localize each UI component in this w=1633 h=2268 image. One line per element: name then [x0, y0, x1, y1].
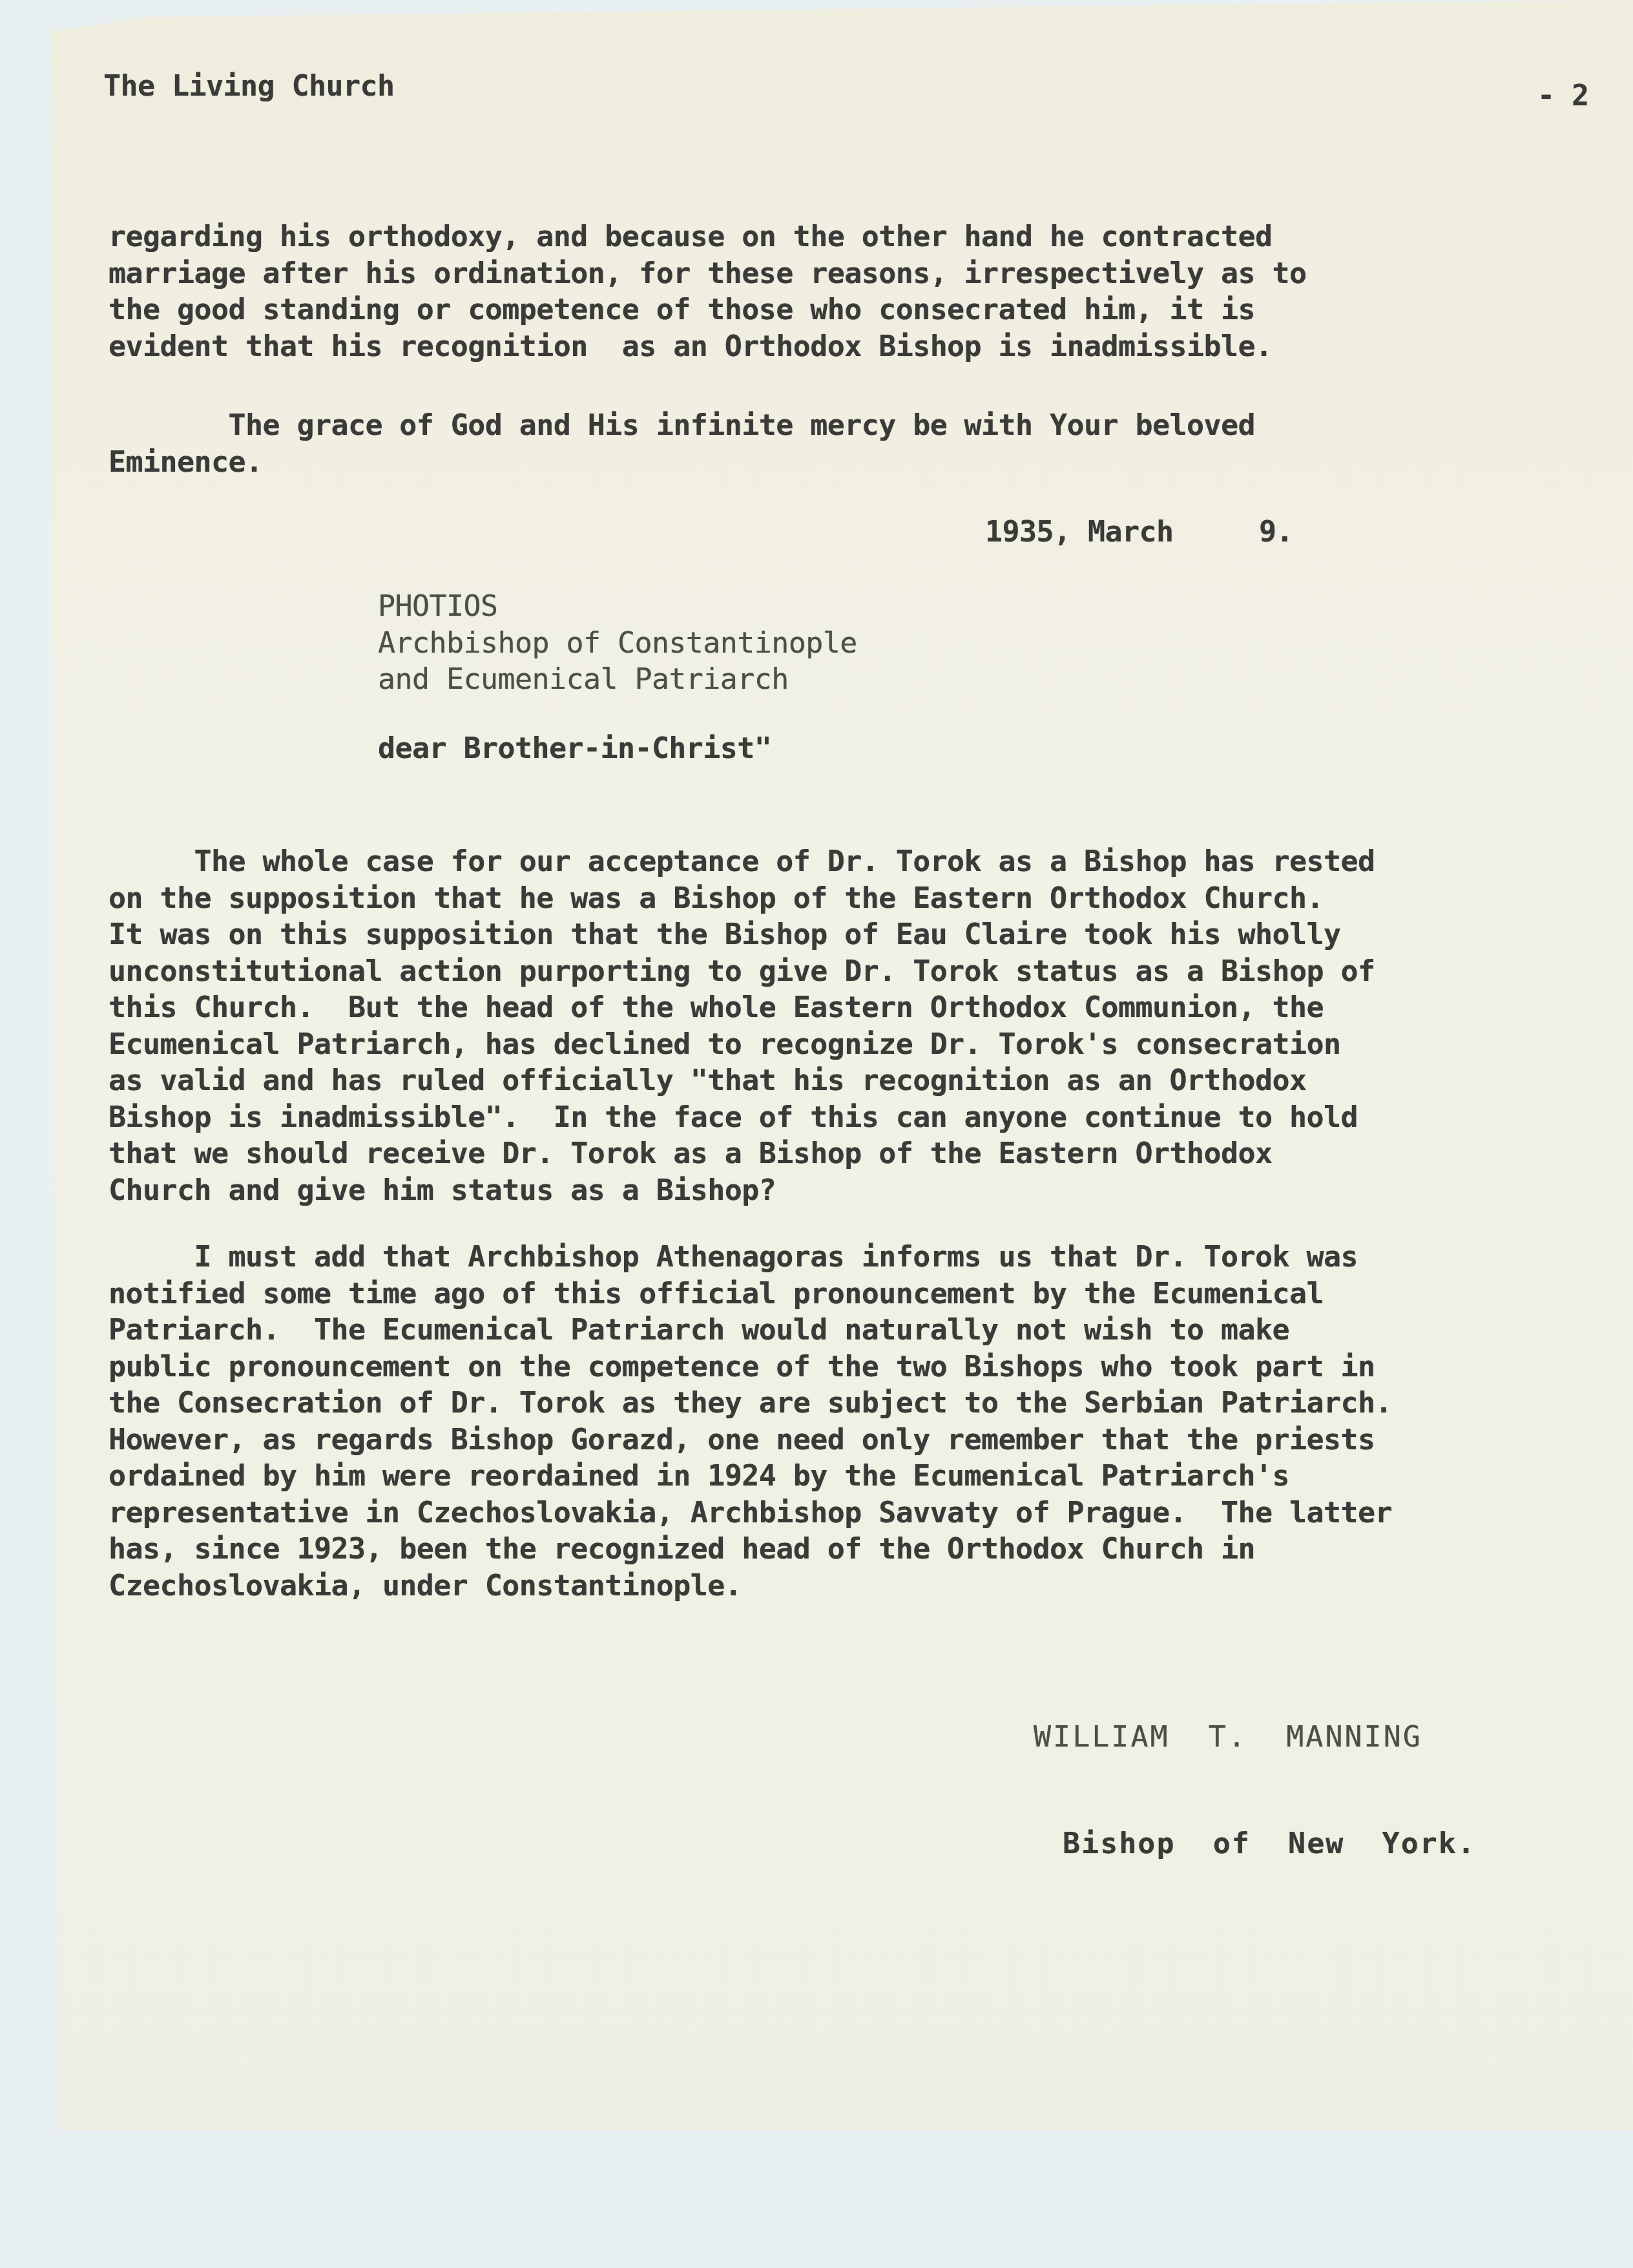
salutation: dear Brother-in-Christ" [378, 730, 771, 767]
paragraph-blessing: The grace of God and His infinite mercy … [109, 407, 1255, 480]
date-line: 1935, March 9. [985, 514, 1293, 551]
paragraph-torok-case: The whole case for our acceptance of Dr.… [109, 843, 1375, 1208]
paragraph-continuation: regarding his orthodoxy, and because on … [109, 218, 1306, 364]
signer-name: WILLIAM T. MANNING [1034, 1719, 1422, 1756]
patriarch-signature-block: PHOTIOS Archbishop of Constantinople and… [378, 588, 857, 698]
page-number: - 2 [1537, 78, 1588, 114]
header-title: The Living Church [103, 68, 394, 105]
signer-title: Bishop of New York. [1063, 1825, 1476, 1862]
paragraph-athenagoras: I must add that Archbishop Athenagoras i… [109, 1239, 1392, 1604]
